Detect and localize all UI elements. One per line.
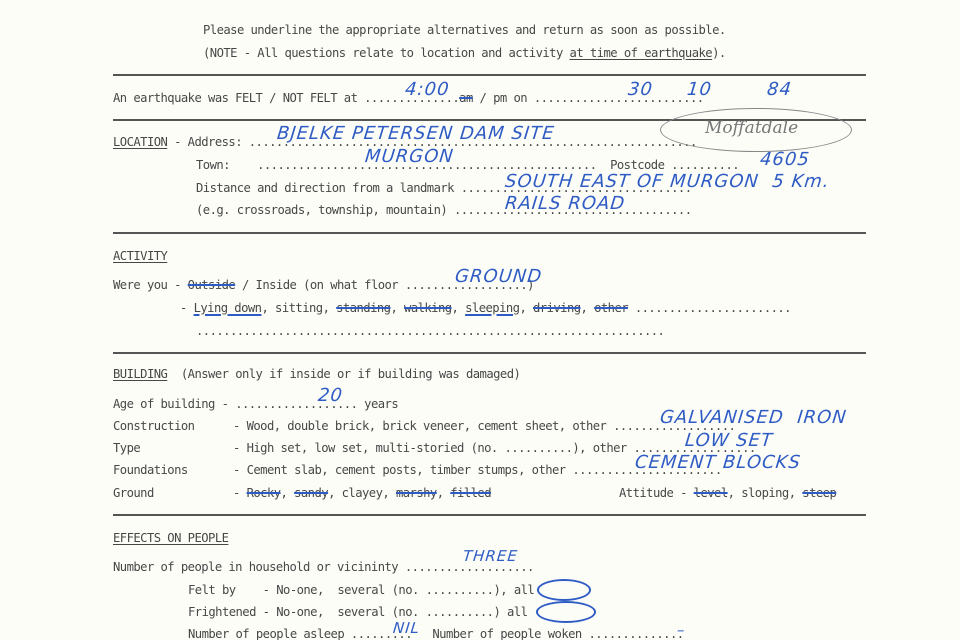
- foundations-value: CEMENT BLOCKS: [634, 453, 802, 473]
- building-heading-row: BUILDING (Answer only if inside or if bu…: [113, 366, 520, 382]
- building-note: (Answer only if inside or if building wa…: [167, 367, 520, 381]
- activity-extra-field[interactable]: ........................................…: [196, 323, 664, 339]
- construction-value: GALVANISED IRON: [659, 408, 848, 428]
- age-value: 20: [317, 386, 344, 406]
- frightened-row: Frightened - No-one, several (no. ......…: [188, 604, 527, 620]
- other-field[interactable]: .......................: [628, 301, 791, 315]
- felt-by-selected: all: [514, 583, 534, 597]
- option-sloping: sloping: [741, 486, 789, 500]
- option-clayey: clayey: [342, 486, 383, 500]
- option-rocky: Rocky: [247, 486, 281, 500]
- foundations-label: Foundations: [113, 462, 188, 478]
- landmark-value: RAILS ROAD: [504, 194, 626, 214]
- note-prefix: (NOTE - All questions relate to location…: [203, 46, 570, 60]
- effects-heading: EFFECTS ON PEOPLE: [113, 530, 228, 546]
- household-value: THREE: [462, 546, 519, 566]
- option-other: other: [594, 301, 628, 315]
- woken-value: –: [676, 620, 687, 640]
- floor-value: GROUND: [454, 267, 543, 287]
- date-day: 30: [627, 80, 654, 100]
- attitude-row: Attitude - level, sloping, steep: [619, 485, 836, 501]
- location-heading: LOCATION: [113, 135, 167, 149]
- option-sitting: sitting: [275, 301, 323, 315]
- town-value: MURGON: [364, 147, 455, 167]
- option-standing: standing: [336, 301, 390, 315]
- building-heading: BUILDING: [113, 367, 167, 381]
- type-label: Type: [113, 440, 140, 456]
- postcode-label: Postcode: [610, 158, 671, 172]
- note-underlined: at time of earthquake: [570, 46, 713, 60]
- posture-options: Lying down, sitting, standing, walking, …: [194, 301, 628, 315]
- pencil-note: Moffatdale: [705, 118, 798, 138]
- ground-row: - Rocky, sandy, clayey, marshy, filled: [233, 485, 491, 501]
- ground-label: Ground: [113, 485, 154, 501]
- instructions-line-1: Please underline the appropriate alterna…: [203, 22, 726, 38]
- inside-option: / Inside (on what floor: [235, 278, 405, 292]
- option-walking: walking: [404, 301, 452, 315]
- outside-option: Outside: [188, 278, 236, 292]
- option-marshy: marshy: [396, 486, 437, 500]
- distance-value: SOUTH EAST OF MURGON 5 Km.: [504, 172, 831, 192]
- date-field[interactable]: .........................: [534, 91, 704, 105]
- pm-label: / pm on: [473, 91, 534, 105]
- ground-options: Rocky, sandy, clayey, marshy, filled: [247, 486, 491, 500]
- selection-circle: [537, 579, 591, 601]
- distance-label: Distance and direction from a landmark: [196, 181, 461, 195]
- felt-label: An earthquake was FELT / NOT FELT at: [113, 91, 364, 105]
- date-month: 10: [686, 80, 713, 100]
- posture-row: - Lying down, sitting, standing, walking…: [180, 300, 791, 316]
- postcode-value: 4605: [759, 150, 811, 170]
- option-filled: filled: [450, 486, 491, 500]
- option-sandy: sandy: [294, 486, 328, 500]
- attitude-options: level, sloping, steep: [694, 486, 837, 500]
- postcode-field[interactable]: ..........: [671, 158, 739, 172]
- option-lying-down: Lying down: [194, 301, 262, 315]
- selection-circle: [536, 601, 596, 623]
- felt-by-row: Felt by - No-one, several (no. .........…: [188, 582, 534, 598]
- date-year: 84: [766, 80, 793, 100]
- were-you-label: Were you -: [113, 278, 188, 292]
- divider: [113, 232, 866, 234]
- divider: [113, 74, 866, 76]
- construction-label: Construction: [113, 418, 194, 434]
- type-value: LOW SET: [684, 431, 774, 451]
- am-option: am: [459, 91, 473, 105]
- asleep-row: Number of people asleep ......... Number…: [188, 626, 684, 640]
- frightened-selected: all: [507, 605, 527, 619]
- divider: [113, 514, 866, 516]
- option-driving: driving: [533, 301, 581, 315]
- note-suffix: ).: [712, 46, 726, 60]
- option-level: level: [694, 486, 728, 500]
- town-label: Town:: [196, 158, 230, 172]
- instructions-line-2: (NOTE - All questions relate to location…: [203, 45, 726, 61]
- landmark-label: (e.g. crossroads, township, mountain): [196, 203, 454, 217]
- address-label: - Address:: [167, 135, 248, 149]
- time-value: 4:00: [404, 80, 451, 100]
- asleep-value: NIL: [392, 618, 421, 638]
- option-sleeping: sleeping: [465, 301, 519, 315]
- woken-field[interactable]: ............: [602, 627, 683, 640]
- age-row: Age of building - .................. yea…: [113, 396, 398, 412]
- activity-heading: ACTIVITY: [113, 248, 167, 264]
- option-steep: steep: [802, 486, 836, 500]
- divider: [113, 352, 866, 354]
- address-value: BJELKE PETERSEN DAM SITE: [276, 124, 556, 144]
